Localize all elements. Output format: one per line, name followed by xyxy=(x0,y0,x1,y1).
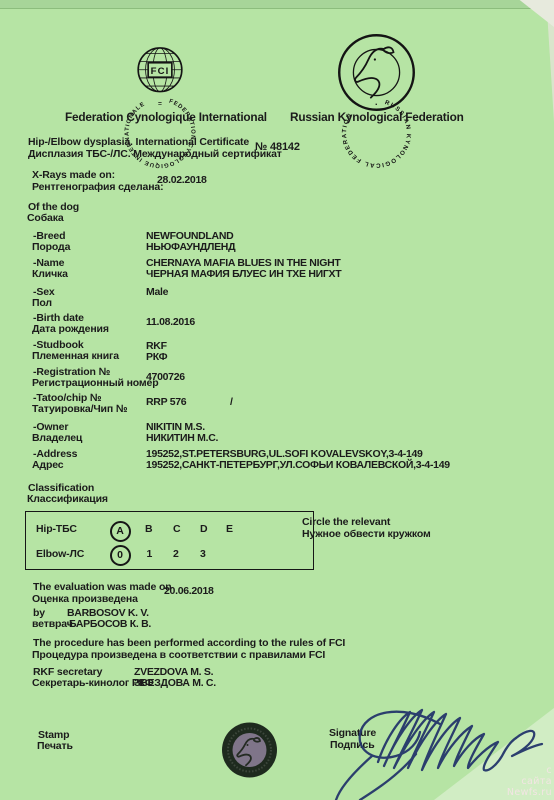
field-value-en: 4700726 xyxy=(146,372,185,383)
field-value-ru: ЧЕРНАЯ МАФИЯ БЛУЕС ИН ТХЕ НИГХТ xyxy=(146,269,341,280)
field-label-ru: Племенная книга xyxy=(32,351,119,362)
hip-grade-selected: A xyxy=(116,525,124,537)
hip-option-c: C xyxy=(173,524,180,535)
hip-option-b: B xyxy=(145,524,152,535)
watermark-line: Newfs.ru xyxy=(507,787,552,798)
field-label-ru: Кличка xyxy=(32,269,68,280)
hip-grade-selected-circle: A xyxy=(110,521,131,542)
secretary-name-en: ZVEZDOVA M. S. xyxy=(134,667,213,678)
xray-label-en: X-Rays made on: xyxy=(32,170,115,181)
dog-section-ru: Собака xyxy=(27,213,64,224)
fci-logo: FEDERATION CYNOLOGIQUE INTERNATIONALE FC… xyxy=(123,31,197,113)
field-label-ru: Адрес xyxy=(32,460,63,471)
secretary-name-ru: ЗВЕЗДОВА М. С. xyxy=(134,678,216,689)
secretary-label-en: RKF secretary xyxy=(33,667,102,678)
rkf-logo: RUSSIAN KYNOLOGICAL FEDERATION · xyxy=(336,32,417,113)
elbow-row-label: Elbow-ЛС xyxy=(36,549,84,560)
procedure-note-en: The procedure has been performed accordi… xyxy=(33,638,345,649)
xray-label-ru: Рентгенография сделана: xyxy=(32,182,163,193)
rkf-stamp-seal xyxy=(221,722,278,778)
field-value-ru: РКФ xyxy=(146,352,167,363)
field-value-ru: НЬЮФАУНДЛЕНД xyxy=(146,242,235,253)
classification-section-ru: Классификация xyxy=(27,494,108,505)
fci-abbr: FCI xyxy=(151,66,170,77)
hip-row-label: Hip-ТБС xyxy=(36,524,77,535)
field-value-ru: 195252,САНКТ-ПЕТЕРБУРГ,УЛ.СОФЬИ КОВАЛЕВС… xyxy=(146,460,450,471)
field-value-en: Male xyxy=(146,287,168,298)
elbow-option-3: 3 xyxy=(200,549,206,560)
elbow-option-2: 2 xyxy=(173,549,179,560)
elbow-grade-selected: 0 xyxy=(117,549,123,561)
field-label-ru: Дата рождения xyxy=(32,324,109,335)
field-label-ru: Пол xyxy=(32,298,52,309)
field-value-slash: / xyxy=(230,397,233,408)
watermark-line: с xyxy=(507,765,552,776)
site-watermark: с сайта Newfs.ru xyxy=(507,765,552,798)
hip-option-e: E xyxy=(226,524,233,535)
watermark-line: сайта xyxy=(507,776,552,787)
evaluation-vet-ru: БАРБОСОВ К. В. xyxy=(69,619,151,630)
classification-box xyxy=(25,511,314,570)
stamp-label-ru: Печать xyxy=(37,741,73,752)
field-label-ru: Татуировка/Чип № xyxy=(32,404,127,415)
cert-number: № 48142 xyxy=(255,142,300,153)
field-value-ru: НИКИТИН М.С. xyxy=(146,433,218,444)
org-title-left: Federation Cynologique International xyxy=(65,112,267,123)
evaluation-label-ru: Оценка произведена xyxy=(32,594,138,605)
evaluation-by-label-ru: ветврач xyxy=(32,619,73,630)
circle-note-en: Circle the relevant xyxy=(302,517,390,528)
field-value-en: RRP 576 xyxy=(146,397,186,408)
elbow-option-1: 1 xyxy=(147,549,153,560)
hip-option-d: D xyxy=(200,524,207,535)
circle-note-ru: Нужное обвести кружком xyxy=(302,529,431,540)
fci-bottom-glyph: = xyxy=(158,100,162,107)
rkf-bottom-glyph: · xyxy=(375,100,378,110)
field-value-en: 11.08.2016 xyxy=(146,317,195,328)
field-label-ru: Порода xyxy=(32,242,70,253)
field-label-ru: Владелец xyxy=(32,433,82,444)
org-title-right: Russian Kynological Federation xyxy=(290,112,464,123)
scan-top-strip xyxy=(0,0,554,9)
field-label-ru: Регистрационный номер xyxy=(32,378,158,389)
elbow-grade-selected-circle: 0 xyxy=(110,545,131,566)
cert-title-en: Hip-/Elbow dysplasia. International Cert… xyxy=(28,137,249,148)
evaluation-label-en: The evaluation was made on xyxy=(33,582,171,593)
cert-title-ru: Дисплазия ТБС-/ЛС. Международный сертифи… xyxy=(28,149,282,160)
procedure-note-ru: Процедура произведена в соответствии с п… xyxy=(32,650,325,661)
evaluation-date: 20.06.2018 xyxy=(164,586,214,597)
certificate-page: FEDERATION CYNOLOGIQUE INTERNATIONALE FC… xyxy=(0,0,554,800)
xray-date: 28.02.2018 xyxy=(157,175,207,186)
